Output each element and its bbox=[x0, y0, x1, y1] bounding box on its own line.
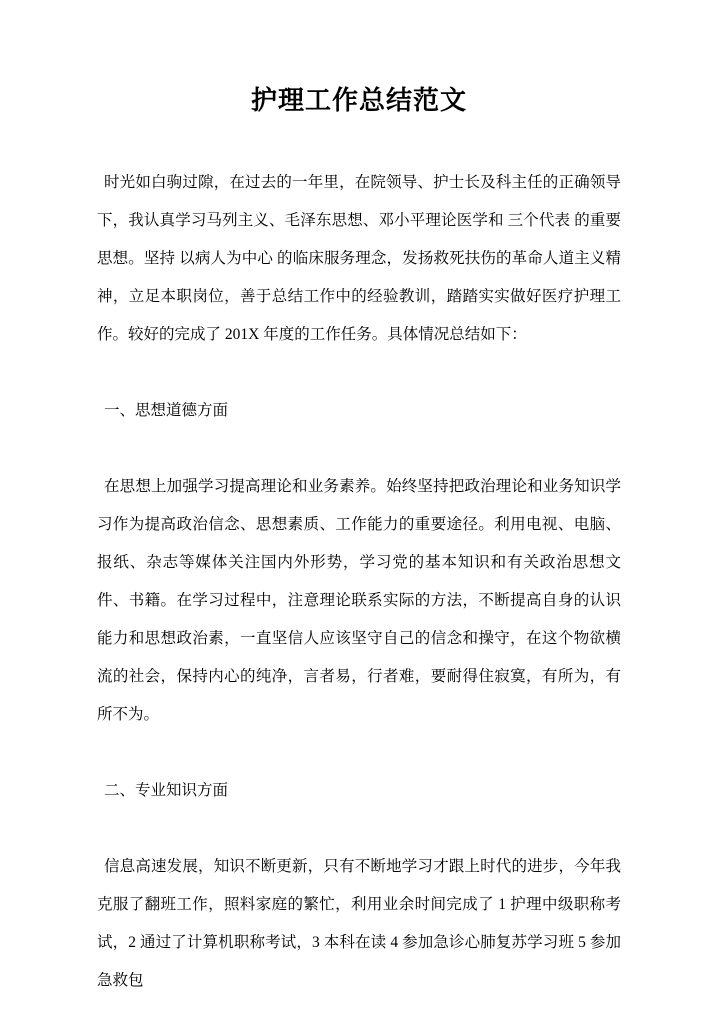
paragraph-intro: 时光如白驹过隙，在过去的一年里，在院领导、护士长及科主任的正确领导下，我认真学习… bbox=[97, 164, 621, 354]
paragraph-section-1: 在思想上加强学习提高理论和业务素养。始终坚持把政治理论和业务知识学习作为提高政治… bbox=[97, 468, 621, 734]
document-title: 护理工作总结范文 bbox=[97, 82, 621, 120]
section-heading-2: 二、专业知识方面 bbox=[97, 772, 621, 810]
section-heading-1: 一、思想道德方面 bbox=[97, 392, 621, 430]
paragraph-section-2: 信息高速发展，知识不断更新，只有不断地学习才跟上时代的进步，今年我克服了翻班工作… bbox=[97, 848, 621, 1000]
document-page: 护理工作总结范文 时光如白驹过隙，在过去的一年里，在院领导、护士长及科主任的正确… bbox=[0, 0, 721, 1020]
